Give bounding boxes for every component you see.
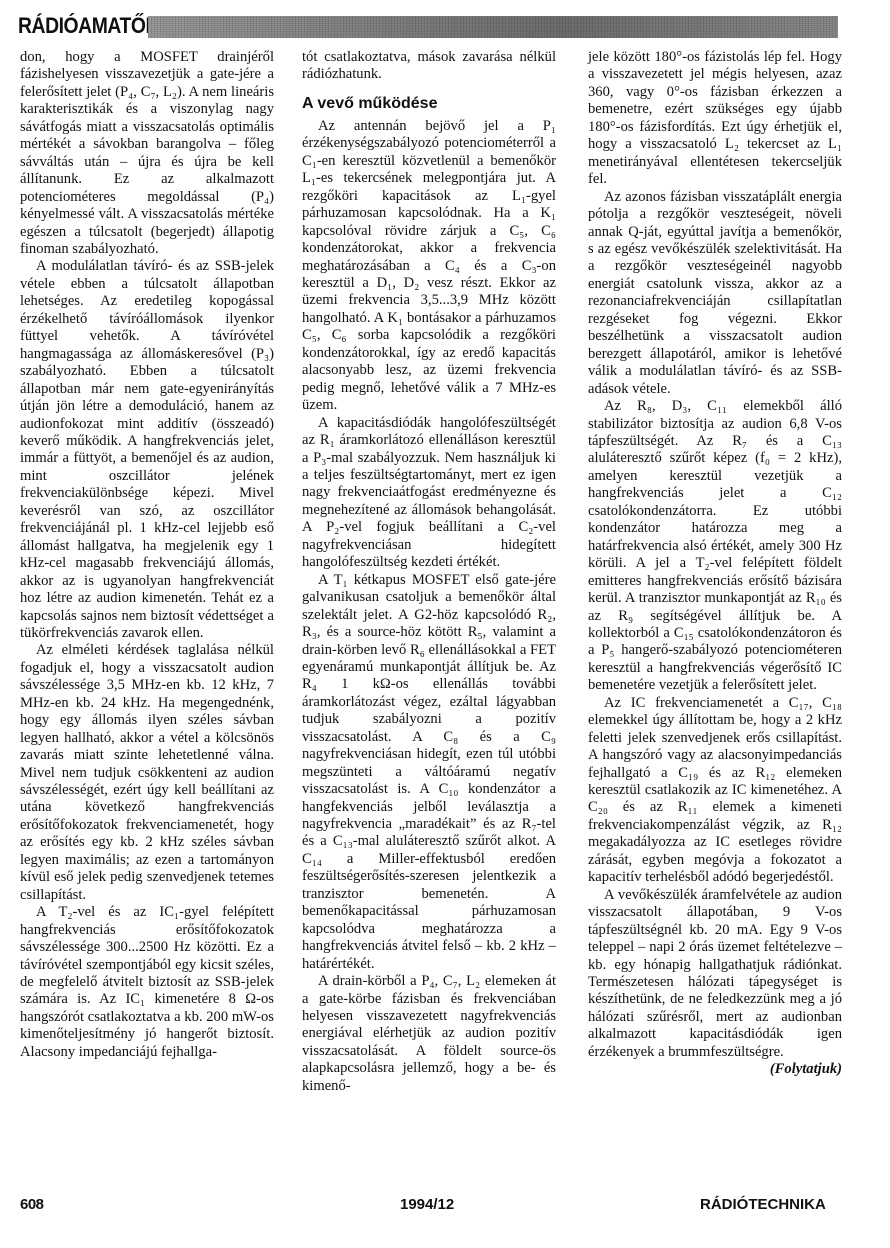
section-title: RÁDIÓAMATŐR — [18, 12, 159, 40]
paragraph: A kapacitásdiódák hangolófeszültségét az… — [302, 415, 556, 572]
column-2: tót csatlakoztatva, mások zavarása nélkü… — [302, 49, 556, 1095]
paragraph: jele között 180°-os fázistolás lép fel. … — [588, 49, 842, 189]
paragraph: Az IC frekvenciamenetét a C₁₇, C₁₈ eleme… — [588, 695, 842, 887]
paragraph: Az elméleti kérdések taglalása nélkül fo… — [20, 642, 274, 904]
section-heading: A vevő működése — [302, 94, 556, 114]
paragraph: A modulálatlan távíró- és az SSB-jelek v… — [20, 258, 274, 642]
paragraph: A drain-körből a P₄, C₇, L₂ elemeken át … — [302, 973, 556, 1095]
paragraph: Az antennán bejövő jel a P₁ érzékenységs… — [302, 118, 556, 415]
paragraph: A T₁ kétkapus MOSFET első gate-jére galv… — [302, 572, 556, 973]
paragraph: Az azonos fázisban visszatáplált energia… — [588, 189, 842, 398]
halftone-header-bar — [148, 16, 838, 38]
continued-note: (Folytatjuk) — [588, 1061, 842, 1078]
column-3: jele között 180°-os fázistolás lép fel. … — [588, 49, 842, 1079]
page-number: 608 — [20, 1196, 44, 1213]
paragraph: don, hogy a MOSFET drainjéről fázishelye… — [20, 49, 274, 258]
publication-name: RÁDIÓTECHNIKA — [700, 1196, 826, 1213]
magazine-page: RÁDIÓAMATŐR don, hogy a MOSFET drainjérő… — [0, 0, 890, 1248]
paragraph: A vevőkészülék áramfelvétele az audion v… — [588, 887, 842, 1062]
paragraph: Az R₈, D₃, C₁₁ elemekből álló stabilizát… — [588, 398, 842, 695]
issue-number: 1994/12 — [400, 1196, 454, 1213]
paragraph: tót csatlakoztatva, mások zavarása nélkü… — [302, 49, 556, 84]
masthead: RÁDIÓAMATŐR — [18, 12, 838, 40]
paragraph: A T₂-vel és az IC₁-gyel felépített hangf… — [20, 904, 274, 1061]
column-1: don, hogy a MOSFET drainjéről fázishelye… — [20, 49, 274, 1061]
